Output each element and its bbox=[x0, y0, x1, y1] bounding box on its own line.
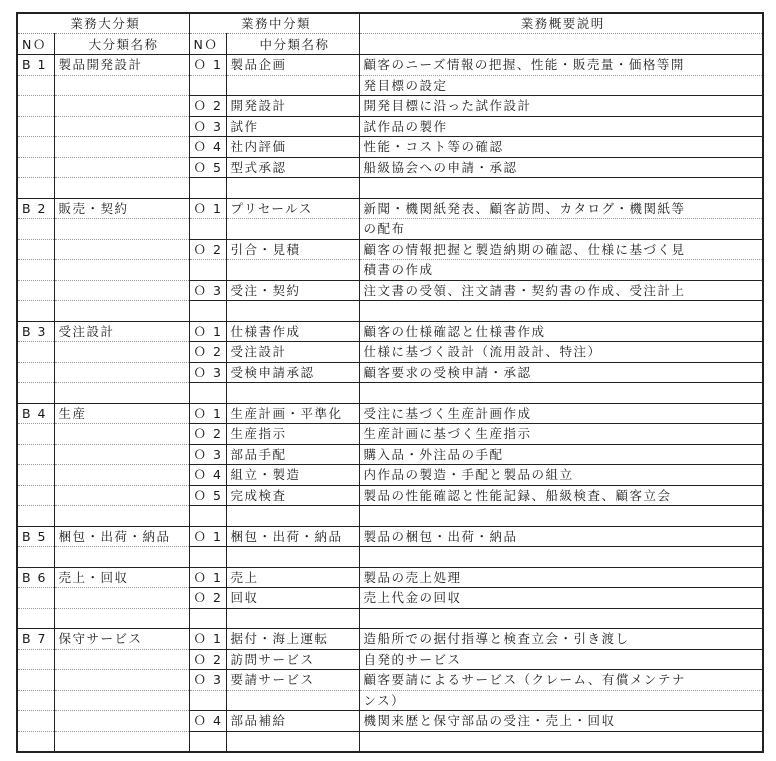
major-no-cell bbox=[17, 424, 54, 445]
major-name-cell bbox=[54, 301, 189, 322]
major-name-cell bbox=[54, 342, 189, 363]
table-row: Ｏ 4社内評価性能・コスト等の確認 bbox=[17, 137, 763, 158]
description-cell: 顧客の情報把握と製造納期の確認、仕様に基づく見 bbox=[359, 239, 763, 260]
middle-no-cell bbox=[189, 547, 226, 568]
middle-no-cell bbox=[189, 219, 226, 240]
major-no-cell bbox=[17, 547, 54, 568]
middle-name-cell bbox=[226, 383, 359, 404]
middle-name-cell: 組立・製造 bbox=[226, 465, 359, 486]
table-body: B 1製品開発設計Ｏ 1製品企画顧客のニーズ情報の把握、性能・販売量・価格等開発… bbox=[17, 55, 763, 753]
middle-name-cell bbox=[226, 301, 359, 322]
table-row bbox=[17, 608, 763, 629]
middle-name-cell: 梱包・出荷・納品 bbox=[226, 526, 359, 547]
major-name-cell bbox=[54, 280, 189, 301]
major-name-cell bbox=[54, 75, 189, 96]
table-row bbox=[17, 301, 763, 322]
header-row-columns: NＯ 大分類名称 NＯ 中分類名称 bbox=[17, 34, 763, 55]
table-row: Ｏ 3要請サービス顧客要請によるサービス（クレーム、有償メンテナ bbox=[17, 670, 763, 691]
description-cell: 船級協会への申請・承認 bbox=[359, 157, 763, 178]
middle-no-cell bbox=[189, 608, 226, 629]
major-name-cell bbox=[54, 137, 189, 158]
major-no-cell bbox=[17, 137, 54, 158]
major-name-cell bbox=[54, 608, 189, 629]
middle-name-cell: 開発設計 bbox=[226, 96, 359, 117]
table-row bbox=[17, 506, 763, 527]
major-name-cell bbox=[54, 485, 189, 506]
description-cell: 新聞・機関紙発表、顧客訪問、カタログ・機関紙等 bbox=[359, 198, 763, 219]
middle-name-cell: 据付・海上運転 bbox=[226, 629, 359, 650]
middle-no-cell: Ｏ 2 bbox=[189, 649, 226, 670]
major-no-cell bbox=[17, 608, 54, 629]
middle-no-cell: Ｏ 3 bbox=[189, 362, 226, 383]
major-no-cell bbox=[17, 178, 54, 199]
major-no-cell bbox=[17, 465, 54, 486]
major-name-cell: 受注設計 bbox=[54, 321, 189, 342]
description-cell: 購入品・外注品の手配 bbox=[359, 444, 763, 465]
major-name-cell bbox=[54, 547, 189, 568]
major-name-cell bbox=[54, 506, 189, 527]
major-no-cell bbox=[17, 219, 54, 240]
middle-name-cell: 引合・見積 bbox=[226, 239, 359, 260]
middle-name-cell: 要請サービス bbox=[226, 670, 359, 691]
description-cell: 受注に基づく生産計画作成 bbox=[359, 403, 763, 424]
middle-name-cell: 型式承認 bbox=[226, 157, 359, 178]
middle-name-cell: 製品企画 bbox=[226, 55, 359, 76]
major-name-cell bbox=[54, 362, 189, 383]
table-row: B 6売上・回収Ｏ 1売上製品の売上処理 bbox=[17, 567, 763, 588]
major-no-cell bbox=[17, 731, 54, 752]
description-cell: 試作品の製作 bbox=[359, 116, 763, 137]
middle-name-cell bbox=[226, 75, 359, 96]
business-classification-table: 業務大分類 業務中分類 業務概要説明 NＯ 大分類名称 NＯ 中分類名称 B 1… bbox=[16, 12, 764, 753]
description-cell bbox=[359, 506, 763, 527]
major-name-cell bbox=[54, 690, 189, 711]
table-row: Ｏ 2受注設計仕様に基づく設計（流用設計、特注） bbox=[17, 342, 763, 363]
major-no-cell bbox=[17, 280, 54, 301]
middle-name-cell: 部品補給 bbox=[226, 711, 359, 732]
major-name-cell bbox=[54, 157, 189, 178]
middle-name-cell bbox=[226, 690, 359, 711]
description-cell: ンス） bbox=[359, 690, 763, 711]
major-no-cell bbox=[17, 239, 54, 260]
description-cell: 製品の梱包・出荷・納品 bbox=[359, 526, 763, 547]
major-name-cell bbox=[54, 219, 189, 240]
middle-no-cell bbox=[189, 75, 226, 96]
table-row: の配布 bbox=[17, 219, 763, 240]
description-cell: 発目標の設定 bbox=[359, 75, 763, 96]
description-cell bbox=[359, 731, 763, 752]
description-cell: 製品の売上処理 bbox=[359, 567, 763, 588]
middle-no-cell bbox=[189, 178, 226, 199]
table-row: 積書の作成 bbox=[17, 260, 763, 281]
major-no-cell bbox=[17, 96, 54, 117]
middle-no-cell: Ｏ 4 bbox=[189, 711, 226, 732]
middle-name-cell bbox=[226, 547, 359, 568]
major-no-cell: B 5 bbox=[17, 526, 54, 547]
middle-no-cell: Ｏ 2 bbox=[189, 342, 226, 363]
description-cell: 売上代金の回収 bbox=[359, 588, 763, 609]
middle-name-cell: 受検申請承認 bbox=[226, 362, 359, 383]
middle-no-cell: Ｏ 2 bbox=[189, 96, 226, 117]
major-no-cell bbox=[17, 383, 54, 404]
middle-name-cell: 生産計画・平準化 bbox=[226, 403, 359, 424]
middle-no-cell: Ｏ 2 bbox=[189, 424, 226, 445]
major-no-cell: B 1 bbox=[17, 55, 54, 76]
table-row bbox=[17, 731, 763, 752]
major-name-cell bbox=[54, 731, 189, 752]
table-row: Ｏ 3試作試作品の製作 bbox=[17, 116, 763, 137]
middle-no-cell: Ｏ 1 bbox=[189, 629, 226, 650]
major-name-cell bbox=[54, 178, 189, 199]
table-row: Ｏ 3受検申請承認顧客要求の受検申請・承認 bbox=[17, 362, 763, 383]
middle-no-cell: Ｏ 3 bbox=[189, 280, 226, 301]
middle-no-cell: Ｏ 2 bbox=[189, 239, 226, 260]
middle-no-header: NＯ bbox=[189, 34, 226, 55]
description-cell: 顧客要求の受検申請・承認 bbox=[359, 362, 763, 383]
description-cell: 自発的サービス bbox=[359, 649, 763, 670]
description-cell: の配布 bbox=[359, 219, 763, 240]
description-cell: 造船所での据付指導と検査立会・引き渡し bbox=[359, 629, 763, 650]
middle-name-cell bbox=[226, 219, 359, 240]
description-cell: 顧客要請によるサービス（クレーム、有償メンテナ bbox=[359, 670, 763, 691]
description-cell: 注文書の受領、注文請書・契約書の作成、受注計上 bbox=[359, 280, 763, 301]
middle-no-cell bbox=[189, 301, 226, 322]
table-row bbox=[17, 547, 763, 568]
major-no-cell bbox=[17, 690, 54, 711]
middle-name-cell: 仕様書作成 bbox=[226, 321, 359, 342]
middle-no-cell: Ｏ 1 bbox=[189, 526, 226, 547]
major-no-header: NＯ bbox=[17, 34, 54, 55]
major-name-cell bbox=[54, 444, 189, 465]
major-name-cell bbox=[54, 711, 189, 732]
major-name-cell bbox=[54, 649, 189, 670]
middle-no-cell: Ｏ 2 bbox=[189, 588, 226, 609]
middle-no-cell: Ｏ 3 bbox=[189, 670, 226, 691]
middle-no-cell: Ｏ 1 bbox=[189, 321, 226, 342]
table-row: ンス） bbox=[17, 690, 763, 711]
description-subheader bbox=[359, 34, 763, 55]
major-no-cell: B 7 bbox=[17, 629, 54, 650]
description-cell bbox=[359, 178, 763, 199]
table-row: Ｏ 5型式承認船級協会への申請・承認 bbox=[17, 157, 763, 178]
major-no-cell: B 4 bbox=[17, 403, 54, 424]
description-cell: 仕様に基づく設計（流用設計、特注） bbox=[359, 342, 763, 363]
middle-name-cell bbox=[226, 506, 359, 527]
header-row-group: 業務大分類 業務中分類 業務概要説明 bbox=[17, 13, 763, 34]
major-no-cell bbox=[17, 588, 54, 609]
table-row bbox=[17, 383, 763, 404]
major-name-cell bbox=[54, 670, 189, 691]
table-row: 発目標の設定 bbox=[17, 75, 763, 96]
major-name-cell bbox=[54, 588, 189, 609]
middle-name-cell: 売上 bbox=[226, 567, 359, 588]
middle-name-cell: 受注・契約 bbox=[226, 280, 359, 301]
table-row: Ｏ 4組立・製造内作品の製造・手配と製品の組立 bbox=[17, 465, 763, 486]
description-cell bbox=[359, 608, 763, 629]
major-name-header: 大分類名称 bbox=[54, 34, 189, 55]
major-no-cell bbox=[17, 670, 54, 691]
middle-no-cell bbox=[189, 731, 226, 752]
table-row: Ｏ 2生産指示生産計画に基づく生産指示 bbox=[17, 424, 763, 445]
description-cell: 顧客の仕様確認と仕様書作成 bbox=[359, 321, 763, 342]
table-row: Ｏ 2訪問サービス自発的サービス bbox=[17, 649, 763, 670]
description-cell: 製品の性能確認と性能記録、船級検査、顧客立会 bbox=[359, 485, 763, 506]
description-cell bbox=[359, 547, 763, 568]
major-name-cell bbox=[54, 260, 189, 281]
major-no-cell bbox=[17, 485, 54, 506]
major-name-cell: 販売・契約 bbox=[54, 198, 189, 219]
middle-name-cell: プリセールス bbox=[226, 198, 359, 219]
table-row: Ｏ 4部品補給機関来歴と保守部品の受注・売上・回収 bbox=[17, 711, 763, 732]
table-row bbox=[17, 178, 763, 199]
table-row: Ｏ 2引合・見積顧客の情報把握と製造納期の確認、仕様に基づく見 bbox=[17, 239, 763, 260]
table-row: B 5梱包・出荷・納品Ｏ 1梱包・出荷・納品製品の梱包・出荷・納品 bbox=[17, 526, 763, 547]
middle-name-header: 中分類名称 bbox=[226, 34, 359, 55]
major-no-cell bbox=[17, 116, 54, 137]
major-name-cell: 保守サービス bbox=[54, 629, 189, 650]
middle-no-cell: Ｏ 1 bbox=[189, 198, 226, 219]
middle-no-cell bbox=[189, 506, 226, 527]
description-cell: 性能・コスト等の確認 bbox=[359, 137, 763, 158]
major-name-cell: 梱包・出荷・納品 bbox=[54, 526, 189, 547]
major-no-cell: B 3 bbox=[17, 321, 54, 342]
middle-name-cell bbox=[226, 608, 359, 629]
middle-no-cell: Ｏ 5 bbox=[189, 485, 226, 506]
description-header: 業務概要説明 bbox=[359, 13, 763, 34]
middle-no-cell bbox=[189, 690, 226, 711]
major-no-cell: B 6 bbox=[17, 567, 54, 588]
major-name-cell bbox=[54, 424, 189, 445]
middle-no-cell: Ｏ 4 bbox=[189, 465, 226, 486]
middle-name-cell bbox=[226, 178, 359, 199]
table-row: Ｏ 2回収売上代金の回収 bbox=[17, 588, 763, 609]
middle-no-cell: Ｏ 1 bbox=[189, 403, 226, 424]
table-row: B 1製品開発設計Ｏ 1製品企画顧客のニーズ情報の把握、性能・販売量・価格等開 bbox=[17, 55, 763, 76]
major-no-cell bbox=[17, 362, 54, 383]
major-name-cell bbox=[54, 116, 189, 137]
major-no-cell bbox=[17, 506, 54, 527]
middle-group-header: 業務中分類 bbox=[189, 13, 359, 34]
middle-name-cell bbox=[226, 731, 359, 752]
major-no-cell bbox=[17, 711, 54, 732]
middle-no-cell: Ｏ 3 bbox=[189, 444, 226, 465]
major-no-cell bbox=[17, 444, 54, 465]
major-name-cell bbox=[54, 96, 189, 117]
table-row: B 4生産Ｏ 1生産計画・平準化受注に基づく生産計画作成 bbox=[17, 403, 763, 424]
middle-name-cell: 受注設計 bbox=[226, 342, 359, 363]
major-no-cell bbox=[17, 342, 54, 363]
major-name-cell: 生産 bbox=[54, 403, 189, 424]
table-row: B 3受注設計Ｏ 1仕様書作成顧客の仕様確認と仕様書作成 bbox=[17, 321, 763, 342]
major-name-cell bbox=[54, 383, 189, 404]
middle-name-cell: 回収 bbox=[226, 588, 359, 609]
table-row: B 7保守サービスＯ 1据付・海上運転造船所での据付指導と検査立会・引き渡し bbox=[17, 629, 763, 650]
major-name-cell bbox=[54, 465, 189, 486]
middle-name-cell: 訪問サービス bbox=[226, 649, 359, 670]
major-no-cell bbox=[17, 649, 54, 670]
middle-no-cell bbox=[189, 260, 226, 281]
description-cell: 開発目標に沿った試作設計 bbox=[359, 96, 763, 117]
major-group-header: 業務大分類 bbox=[17, 13, 189, 34]
description-cell: 積書の作成 bbox=[359, 260, 763, 281]
middle-no-cell: Ｏ 1 bbox=[189, 567, 226, 588]
table-row: Ｏ 3受注・契約注文書の受領、注文請書・契約書の作成、受注計上 bbox=[17, 280, 763, 301]
major-no-cell bbox=[17, 301, 54, 322]
table-row: B 2販売・契約Ｏ 1プリセールス新聞・機関紙発表、顧客訪問、カタログ・機関紙等 bbox=[17, 198, 763, 219]
middle-no-cell bbox=[189, 383, 226, 404]
description-cell: 生産計画に基づく生産指示 bbox=[359, 424, 763, 445]
major-name-cell: 製品開発設計 bbox=[54, 55, 189, 76]
major-name-cell: 売上・回収 bbox=[54, 567, 189, 588]
middle-name-cell: 完成検査 bbox=[226, 485, 359, 506]
major-name-cell bbox=[54, 239, 189, 260]
middle-no-cell: Ｏ 3 bbox=[189, 116, 226, 137]
major-no-cell: B 2 bbox=[17, 198, 54, 219]
middle-no-cell: Ｏ 4 bbox=[189, 137, 226, 158]
middle-name-cell: 社内評価 bbox=[226, 137, 359, 158]
middle-name-cell bbox=[226, 260, 359, 281]
table-row: Ｏ 3部品手配購入品・外注品の手配 bbox=[17, 444, 763, 465]
major-no-cell bbox=[17, 75, 54, 96]
middle-name-cell: 部品手配 bbox=[226, 444, 359, 465]
major-no-cell bbox=[17, 260, 54, 281]
description-cell: 内作品の製造・手配と製品の組立 bbox=[359, 465, 763, 486]
description-cell: 機関来歴と保守部品の受注・売上・回収 bbox=[359, 711, 763, 732]
table-row: Ｏ 5完成検査製品の性能確認と性能記録、船級検査、顧客立会 bbox=[17, 485, 763, 506]
major-no-cell bbox=[17, 157, 54, 178]
middle-no-cell: Ｏ 1 bbox=[189, 55, 226, 76]
description-cell bbox=[359, 383, 763, 404]
middle-no-cell: Ｏ 5 bbox=[189, 157, 226, 178]
table-row: Ｏ 2開発設計開発目標に沿った試作設計 bbox=[17, 96, 763, 117]
description-cell: 顧客のニーズ情報の把握、性能・販売量・価格等開 bbox=[359, 55, 763, 76]
middle-name-cell: 生産指示 bbox=[226, 424, 359, 445]
middle-name-cell: 試作 bbox=[226, 116, 359, 137]
description-cell bbox=[359, 301, 763, 322]
